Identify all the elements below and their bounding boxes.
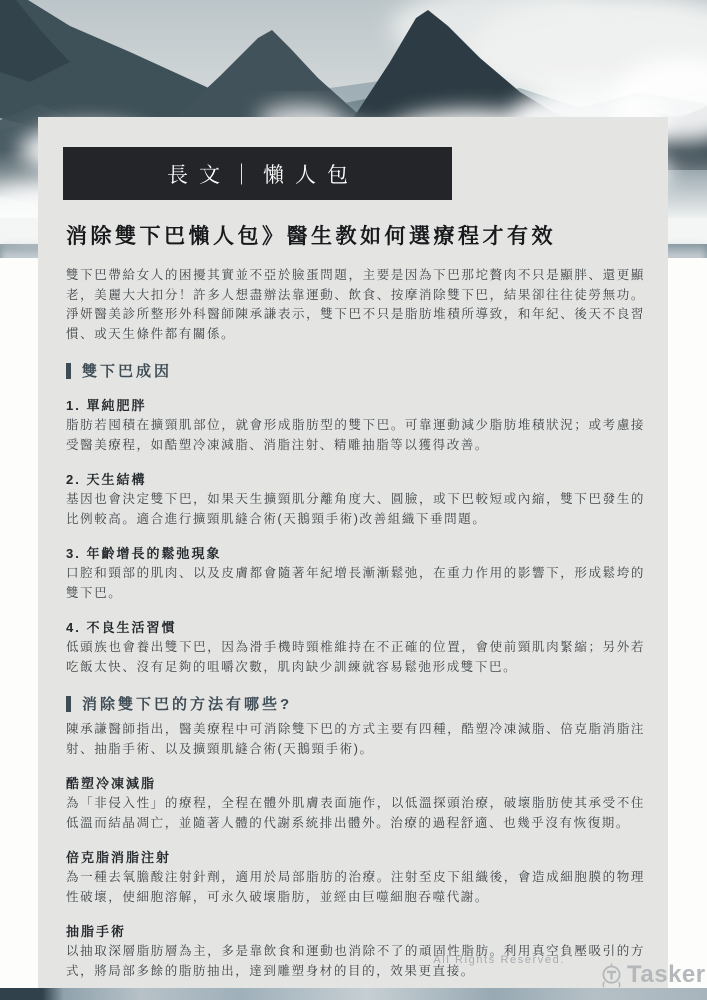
brand-watermark: Tasker bbox=[598, 956, 702, 994]
method-item-subtitle: 酷塑冷凍減脂 bbox=[66, 773, 645, 792]
method-item-subtitle: 抽脂手術 bbox=[66, 921, 645, 940]
page-title: 消除雙下巴懶人包》醫生教如何選療程才有效 bbox=[66, 223, 645, 251]
cause-item-subtitle: 4. 不良生活習慣 bbox=[66, 617, 645, 636]
category-badge: 長文｜懶人包 bbox=[63, 147, 452, 200]
cause-item-body: 口腔和頸部的肌肉、以及皮膚都會隨著年紀增長漸漸鬆弛，在重力作用的影響下，形成鬆垮… bbox=[66, 564, 645, 603]
method-item-coolsculpting: 酷塑冷凍減脂 為「非侵入性」的療程，全程在體外肌膚表面施作，以低溫探頭治療，破壞… bbox=[66, 773, 645, 833]
section-heading-label: 消除雙下巴的方法有哪些? bbox=[82, 693, 292, 714]
cause-item-body: 基因也會決定雙下巴，如果天生擴頸肌分離角度大、圓臉，或下巴較短或內縮，雙下巴發生… bbox=[66, 490, 645, 529]
cause-item-subtitle: 2. 天生結構 bbox=[66, 469, 645, 488]
cause-item-2: 2. 天生結構 基因也會決定雙下巴，如果天生擴頸肌分離角度大、圓臉，或下巴較短或… bbox=[66, 469, 645, 529]
method-item-liposuction: 抽脂手術 以抽取深層脂肪層為主，多是靠飲食和運動也消除不了的頑固性脂肪。利用真空… bbox=[66, 921, 645, 981]
cause-item-1: 1. 單純肥胖 脂肪若囤積在擴頸肌部位，就會形成脂肪型的雙下巴。可靠運動減少脂肪… bbox=[66, 395, 645, 455]
cause-item-subtitle: 1. 單純肥胖 bbox=[66, 395, 645, 414]
methods-intro-paragraph: 陳承謙醫師指出，醫美療程中可消除雙下巴的方式主要有四種，酷塑冷凍減脂、倍克脂消脂… bbox=[66, 720, 645, 759]
tasker-logo-icon bbox=[598, 962, 625, 989]
article-content: 雙下巴帶給女人的困擾其實並不亞於臉蛋問題，主要是因為下巴那坨贅肉不只是顯胖、還更… bbox=[66, 266, 645, 981]
cause-item-3: 3. 年齡增長的鬆弛現象 口腔和頸部的肌肉、以及皮膚都會隨著年紀增長漸漸鬆弛，在… bbox=[66, 543, 645, 603]
cause-item-body: 低頭族也會養出雙下巴，因為滑手機時頸椎維持在不正確的位置，會使前頸肌肉緊縮；另外… bbox=[66, 638, 645, 677]
method-item-body: 為一種去氧膽酸注射針劑，適用於局部脂肪的治療。注射至皮下組織後，會造成細胞膜的物… bbox=[66, 868, 645, 907]
cause-item-4: 4. 不良生活習慣 低頭族也會養出雙下巴，因為滑手機時頸椎維持在不正確的位置，會… bbox=[66, 617, 645, 677]
rights-label: All Rights Reserved. bbox=[433, 954, 565, 966]
cause-item-subtitle: 3. 年齡增長的鬆弛現象 bbox=[66, 543, 645, 562]
method-item-body: 為「非侵入性」的療程，全程在體外肌膚表面施作，以低溫探頭治療，破壞脂肪使其承受不… bbox=[66, 794, 645, 833]
section-accent-bar bbox=[66, 696, 71, 712]
section-heading-label: 雙下巴成因 bbox=[82, 360, 172, 381]
method-item-subtitle: 倍克脂消脂注射 bbox=[66, 847, 645, 866]
category-badge-label: 長文｜懶人包 bbox=[156, 159, 359, 189]
brand-name: Tasker bbox=[627, 961, 706, 989]
section-heading-causes: 雙下巴成因 bbox=[66, 360, 645, 381]
section-heading-methods: 消除雙下巴的方法有哪些? bbox=[66, 693, 645, 714]
method-item-belkyra: 倍克脂消脂注射 為一種去氧膽酸注射針劑，適用於局部脂肪的治療。注射至皮下組織後，… bbox=[66, 847, 645, 907]
intro-paragraph: 雙下巴帶給女人的困擾其實並不亞於臉蛋問題，主要是因為下巴那坨贅肉不只是顯胖、還更… bbox=[66, 266, 645, 344]
section-accent-bar bbox=[66, 363, 71, 379]
article-card: 長文｜懶人包 消除雙下巴懶人包》醫生教如何選療程才有效 雙下巴帶給女人的困擾其實… bbox=[38, 117, 668, 988]
cause-item-body: 脂肪若囤積在擴頸肌部位，就會形成脂肪型的雙下巴。可靠運動減少脂肪堆積狀況；或考慮… bbox=[66, 416, 645, 455]
